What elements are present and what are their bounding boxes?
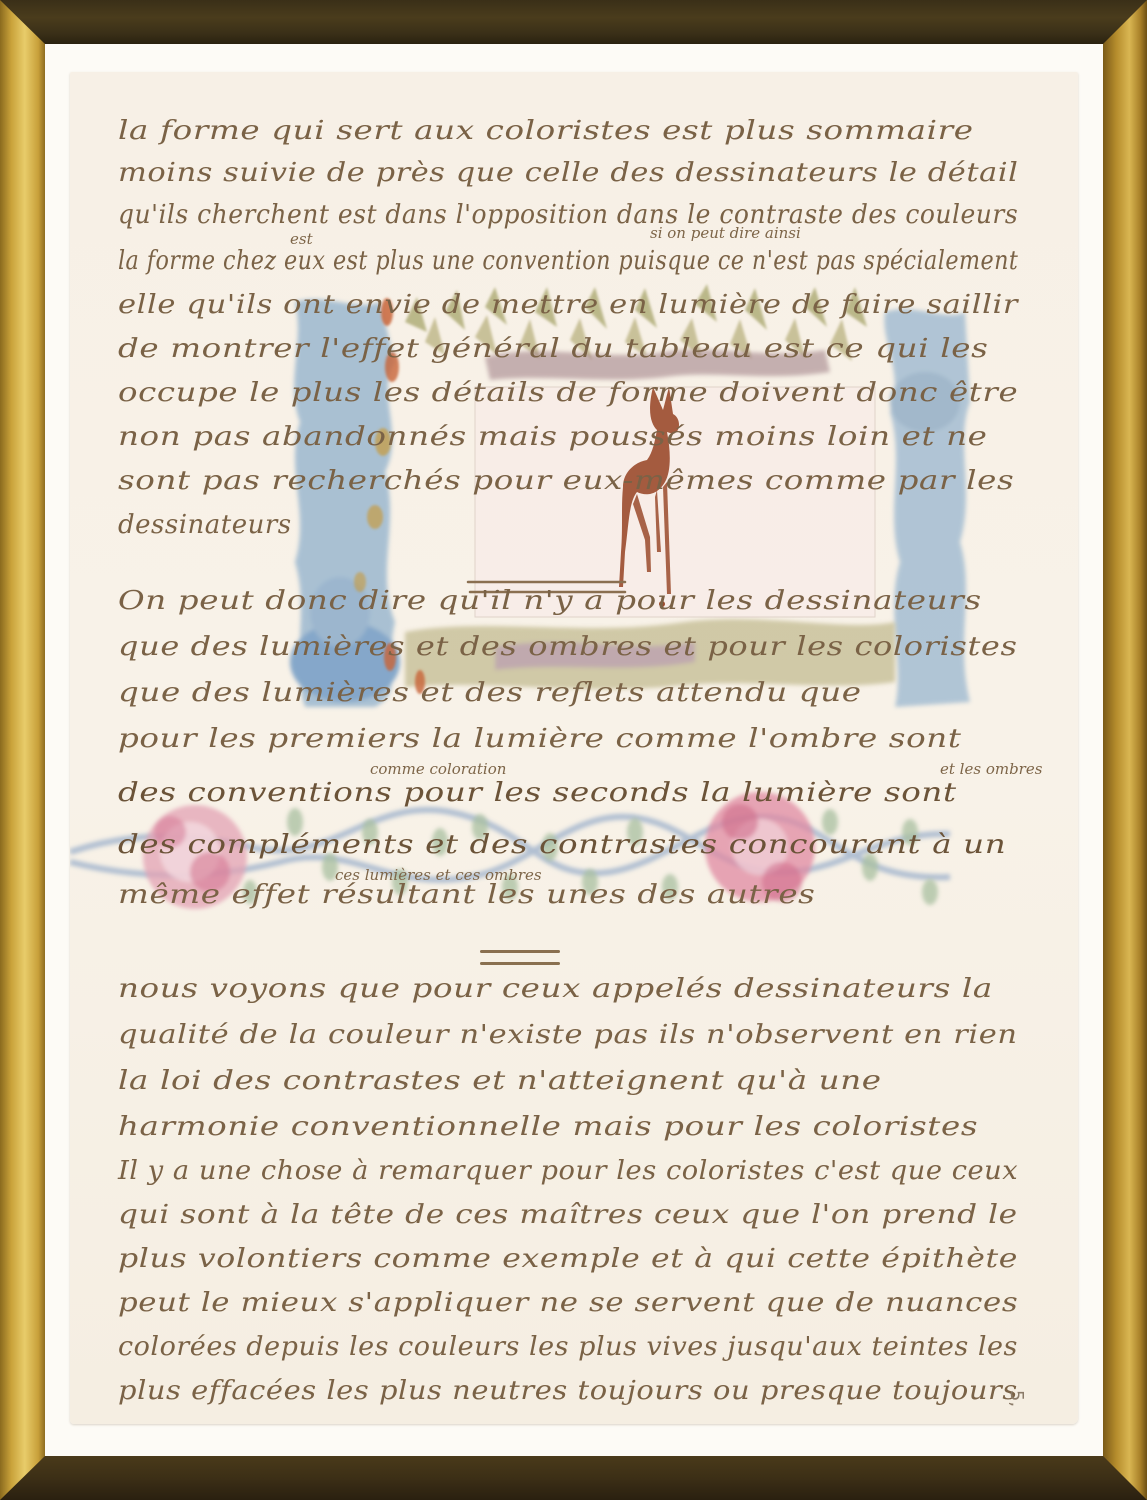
frame-left-molding — [0, 0, 45, 1500]
manuscript-line: pour les premiers la lumière comme l'omb… — [118, 724, 962, 754]
page-number: 5, — [1006, 1390, 1027, 1407]
manuscript-line: qui sont à la tête de ces maîtres ceux q… — [118, 1200, 1018, 1230]
manuscript-line: qualité de la couleur n'existe pas ils n… — [118, 1020, 1018, 1050]
handwritten-text: la forme qui sert aux coloristes est plu… — [70, 72, 1078, 1424]
manuscript-line: de montrer l'effet général du tableau es… — [118, 334, 988, 364]
manuscript-line: même effet résultant les unes des autres — [118, 880, 816, 910]
manuscript-line: qu'ils cherchent est dans l'opposition d… — [118, 200, 1018, 230]
manuscript-line: la forme chez eux est plus une conventio… — [118, 246, 1018, 276]
manuscript-line: Il y a une chose à remarquer pour les co… — [118, 1156, 1018, 1186]
manuscript-line: nous voyons que pour ceux appelés dessin… — [118, 974, 993, 1004]
interlinear-note: comme coloration — [370, 760, 506, 778]
manuscript-line: la loi des contrastes et n'atteignent qu… — [118, 1066, 882, 1096]
manuscript-line: des conventions pour les seconds la lumi… — [118, 778, 957, 808]
manuscript-line: que des lumières et des ombres et pour l… — [118, 632, 1018, 662]
manuscript-line: que des lumières et des reflets attendu … — [118, 678, 862, 708]
interlinear-note: si on peut dire ainsi — [650, 224, 801, 242]
interlinear-note: et les ombres — [940, 760, 1042, 778]
manuscript-line: peut le mieux s'appliquer ne se servent … — [118, 1288, 1018, 1318]
manuscript-line: plus effacées les plus neutres toujours … — [118, 1376, 1018, 1406]
manuscript-line: On peut donc dire qu'il n'y a pour les d… — [118, 586, 982, 616]
frame-bottom-molding — [0, 1456, 1147, 1500]
manuscript-line: non pas abandonnés mais poussés moins lo… — [118, 422, 988, 452]
manuscript-line: moins suivie de près que celle des dessi… — [118, 158, 1018, 188]
manuscript-line: des compléments et des contrastes concou… — [118, 830, 1006, 860]
manuscript-line: la forme qui sert aux coloristes est plu… — [118, 116, 974, 146]
manuscript-line: harmonie conventionnelle mais pour les c… — [118, 1112, 978, 1142]
manuscript-line: colorées depuis les couleurs les plus vi… — [118, 1332, 1018, 1362]
manuscript-page: la forme qui sert aux coloristes est plu… — [70, 72, 1078, 1424]
frame-top-molding — [0, 0, 1147, 44]
section-divider-rule — [480, 950, 560, 953]
manuscript-line: occupe le plus les détails de forme doiv… — [118, 378, 1018, 408]
manuscript-line: plus volontiers comme exemple et à qui c… — [118, 1244, 1018, 1274]
frame-right-molding — [1103, 0, 1147, 1500]
section-divider-rule — [480, 962, 560, 965]
manuscript-line: sont pas recherchés pour eux-mêmes comme… — [118, 466, 1014, 496]
manuscript-line: elle qu'ils ont envie de mettre en lumiè… — [118, 290, 1018, 320]
manuscript-line: dessinateurs — [118, 510, 292, 540]
